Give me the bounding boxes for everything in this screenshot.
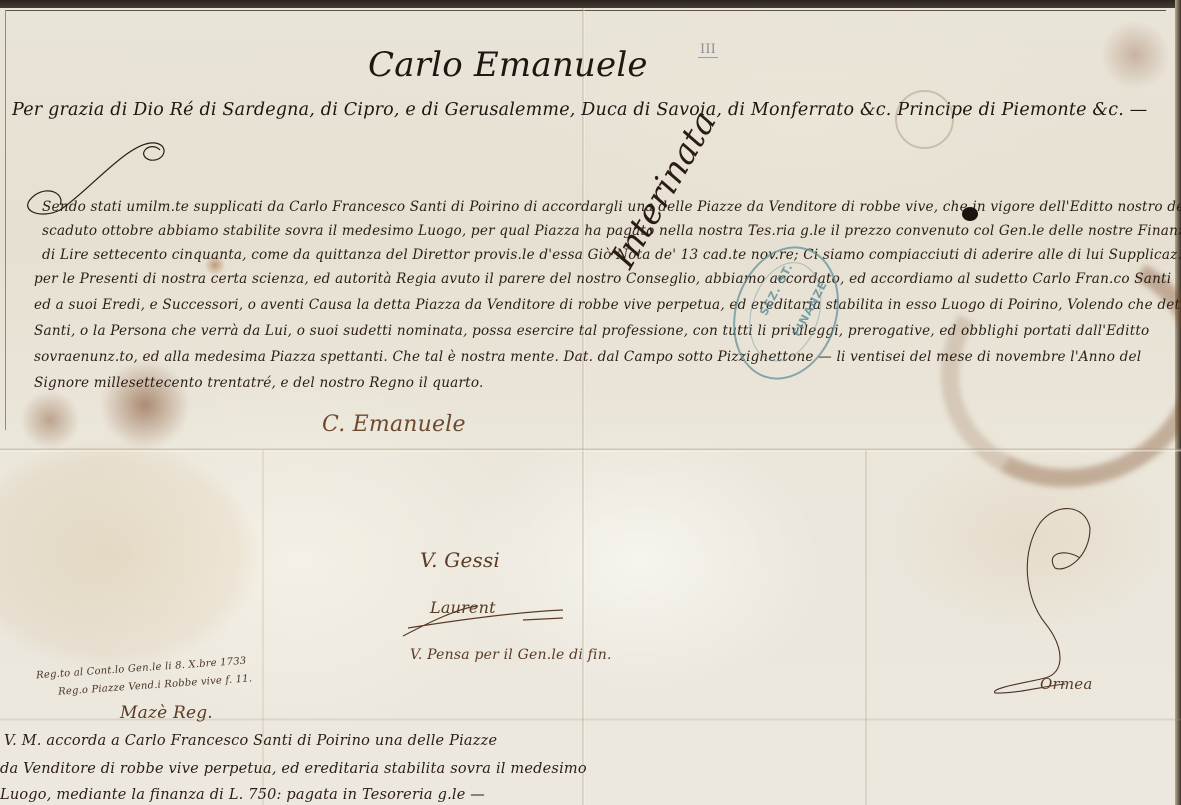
body-line-2: scaduto ottobre abbiamo stabilite sovra …: [42, 223, 1181, 239]
body-line-7: sovraenunz.to, ed alla medesima Piazza s…: [34, 349, 1141, 365]
royal-signature: C. Emanuele: [322, 412, 466, 437]
clerk-signature: Mazè Reg.: [120, 703, 213, 723]
body-line-5: ed a suoi Eredi, e Successori, o aventi …: [34, 297, 1181, 313]
body-line-6: Santi, o la Persona che verrà da Lui, o …: [34, 323, 1149, 339]
fold-crease-vertical: [582, 8, 585, 805]
body-line-1: Sendo stati umilm.te supplicati da Carlo…: [42, 199, 1181, 215]
inventory-mark: III: [698, 42, 718, 58]
ruled-border-left: [5, 10, 6, 430]
summary-line-1: V. M. accorda a Carlo Francesco Santi di…: [4, 733, 497, 749]
secondary-signature: Ormea: [1040, 675, 1093, 693]
stain-left: [100, 360, 190, 450]
summary-line-3: Luogo, mediante la finanza di L. 750: pa…: [0, 787, 485, 803]
manuscript-sheet: Carlo Emanuele III Per grazia di Dio Ré …: [0, 0, 1181, 805]
fold-crease-horizontal: [0, 448, 1181, 452]
stain-ring-right: [914, 220, 1181, 517]
scan-right-edge: [1175, 0, 1181, 805]
countersignature-pensa: V. Pensa per il Gen.le di fin.: [410, 647, 612, 663]
body-line-4: per le Presenti di nostra certa scienza,…: [34, 271, 1171, 287]
ruled-border-top: [6, 10, 1166, 11]
ormea-flourish-icon: [985, 498, 1105, 698]
water-stain-left: [0, 440, 260, 670]
scan-top-edge: [0, 0, 1181, 8]
stain-left-small: [20, 390, 80, 450]
sovereign-name: Carlo Emanuele: [368, 45, 648, 85]
royal-titles: Per grazia di Dio Ré di Sardegna, di Cip…: [12, 100, 1147, 120]
ink-blot: [962, 207, 978, 221]
fold-crease-left: [262, 450, 264, 805]
fold-crease-right: [865, 450, 867, 805]
countersignature-gessi: V. Gessi: [420, 548, 500, 572]
summary-line-2: da Venditore di robbe vive perpetua, ed …: [0, 761, 587, 777]
laurent-flourish-icon: [398, 598, 568, 643]
body-line-8: Signore millesettecento trentatré, e del…: [34, 375, 484, 391]
stain-top-right: [1100, 20, 1170, 90]
